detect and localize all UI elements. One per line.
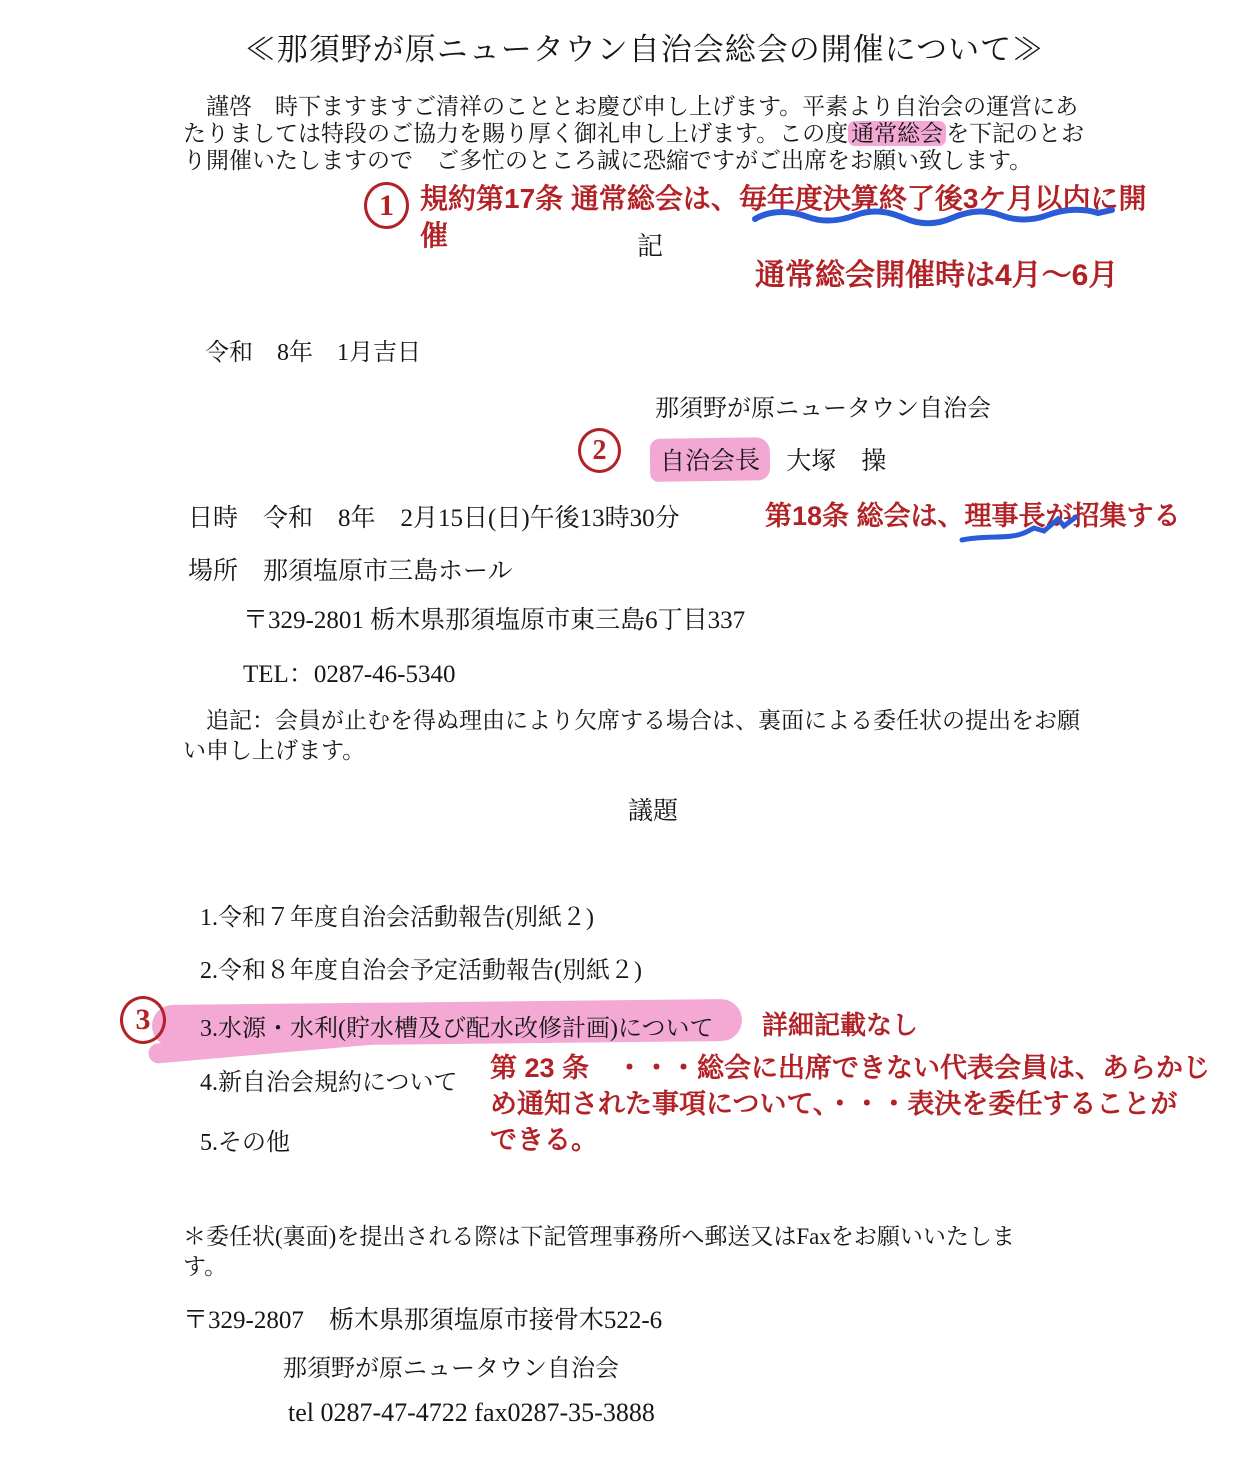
address-line-1: 〒329-2801 栃木県那須塩原市東三島6丁目337	[243, 600, 745, 636]
date-line: 令和 8年 1月吉日	[205, 332, 421, 367]
annotation-circle-1: 1	[364, 182, 409, 229]
intro-line-2: たりましては特段のご協力を賜り厚く御礼申し上げます。この度通常総会を下記のとお	[183, 120, 1084, 147]
annotation-note-schedule: 通常総会開催時は4月～6月	[755, 250, 1118, 294]
intro-line-3: り開催いたしますので ご多忙のところ誠に恐縮ですがご出席をお願い致します。	[183, 147, 1084, 174]
tel-fax-line: tel 0287-47-4722 fax0287-35-3888	[288, 1398, 655, 1428]
ki-marker: 記	[637, 226, 663, 263]
postscript: 追記：会員が止むを得ぬ理由により欠席する場合は、裏面による委任状の提出をお願 い…	[183, 706, 1080, 766]
agenda-item-5: 5.その他	[200, 1122, 290, 1157]
address-line-2: 〒329-2807 栃木県那須塩原市接骨木522-6	[183, 1300, 662, 1336]
annotation-note-detail: 詳細記載なし	[762, 1005, 918, 1042]
agenda-item-3: 3.水源・水利(貯水槽及び配水改修計画)について	[200, 1008, 714, 1043]
annotation-note-article23: 第 23 条 ・・・総会に出席できない代表会員は、あらかじ め通知された事項につ…	[490, 1050, 1210, 1158]
annotation-circle-2: 2	[578, 428, 621, 473]
chairman-line: 自治会長 大塚 操	[650, 438, 886, 481]
agenda-heading: 議題	[628, 791, 678, 827]
datetime-line: 日時 令和 8年 2月15日(日)午後13時30分	[188, 498, 680, 534]
blue-underline-rijicho	[958, 514, 1084, 546]
association-name: 那須野が原ニュータウン自治会	[655, 388, 991, 423]
annotation-circle-3: 3	[120, 996, 166, 1044]
highlight-tsujo-sokai: 通常総会	[848, 121, 946, 146]
intro-paragraph: 謹啓 時下ますますご清祥のこととお慶び申し上げます。平素より自治会の運営にあ た…	[183, 93, 1084, 174]
place-line: 場所 那須塩原市三島ホール	[188, 551, 513, 587]
proxy-footnote: ＊委任状(裏面)を提出される際は下記管理事務所へ郵送又はFaxをお願いいたしま …	[183, 1222, 1015, 1282]
chairman-title-highlight: 自治会長	[650, 437, 771, 482]
chairman-name: 大塚 操	[786, 448, 886, 475]
tel-line-1: TEL：0287-46-5340	[243, 654, 455, 690]
intro-line-1: 謹啓 時下ますますご清祥のこととお慶び申し上げます。平素より自治会の運営にあ	[183, 93, 1084, 120]
association-name-footer: 那須野が原ニュータウン自治会	[283, 1348, 619, 1383]
agenda-item-1: 1.令和７年度自治会活動報告(別紙２)	[200, 897, 594, 932]
agenda-item-4: 4.新自治会規約について	[200, 1062, 458, 1097]
page-title: ≪那須野が原ニュータウン自治会総会の開催について≫	[0, 24, 1241, 69]
wavy-underline-blue	[750, 204, 1118, 232]
agenda-item-2: 2.令和８年度自治会予定活動報告(別紙２)	[200, 950, 642, 985]
scanned-meeting-notice: ≪那須野が原ニュータウン自治会総会の開催について≫ 謹啓 時下ますますご清祥のこ…	[0, 0, 1241, 1476]
